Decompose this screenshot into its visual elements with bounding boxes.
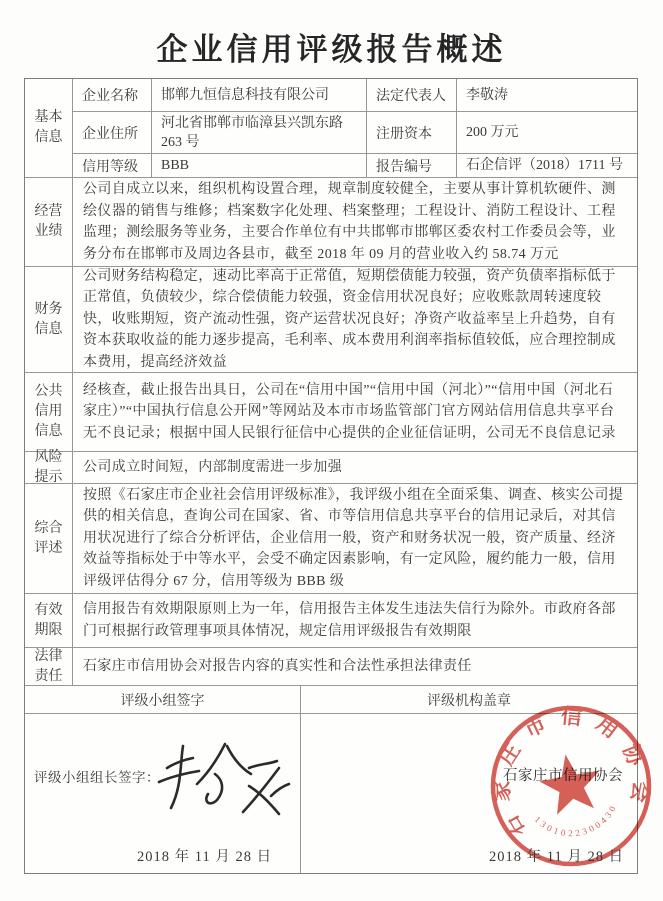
section-text: 信用报告有效期限原则上为一年，信用报告主体发生违法失信行为除外。市政府各部门可根… — [83, 599, 627, 642]
field-value-report-no: 石企信评（2018）1711 号 — [456, 154, 637, 177]
section-label: 风险提示 — [25, 452, 72, 483]
field-label-credit-grade: 信用等级 — [73, 154, 151, 177]
signature-area-row: 评级小组组长签字： 2018 年 11 月 — [25, 713, 637, 873]
section-risk-warning: 风险提示 公司成立时间短，内部制度需进一步加强 — [25, 451, 637, 483]
section-label: 财务信息 — [25, 267, 72, 372]
report-page: 企业信用评级报告概述 基本信息 企业名称 邯郸九恒信息科技有限公司 法定代表人 … — [0, 0, 663, 901]
field-label-address: 企业住所 — [73, 112, 151, 153]
field-label-legal-rep: 法定代表人 — [366, 79, 456, 111]
section-text: 石家庄市信用协会对报告内容的真实性和合法性承担法律责任 — [83, 656, 472, 678]
section-label: 公共信用信息 — [25, 373, 72, 451]
field-value-address: 河北省邯郸市临漳县兴凯东路263 号 — [151, 112, 366, 153]
field-value-legal-rep: 李敬涛 — [456, 79, 637, 111]
signature-cell: 评级小组组长签字： 2018 年 11 月 — [25, 714, 300, 873]
page-title: 企业信用评级报告概述 — [0, 24, 663, 69]
section-financial-info: 财务信息 公司财务结构稳定，速动比率高于正常值，短期偿债能力较强，资产负债率指标… — [25, 266, 637, 372]
table-row: 企业名称 邯郸九恒信息科技有限公司 法定代表人 李敬涛 — [73, 79, 637, 111]
section-label: 法律责任 — [25, 648, 72, 685]
section-public-credit-info: 公共信用信息 经核查，截止报告出具日，公司在“信用中国”“信用中国（河北）”“信… — [25, 372, 637, 451]
left-date: 2018 年 11 月 28 日 — [137, 845, 272, 866]
field-label-capital: 注册资本 — [366, 112, 456, 153]
field-label-report-no: 报告编号 — [366, 154, 456, 177]
section-label-basic: 基本信息 — [25, 79, 72, 177]
section-text: 公司成立时间短，内部制度需进一步加强 — [83, 457, 342, 479]
section-basic-info: 基本信息 企业名称 邯郸九恒信息科技有限公司 法定代表人 李敬涛 企业住所 河北… — [25, 79, 637, 177]
section-label: 有效期限 — [25, 594, 72, 647]
report-table: 基本信息 企业名称 邯郸九恒信息科技有限公司 法定代表人 李敬涛 企业住所 河北… — [24, 78, 638, 874]
field-value-company-name: 邯郸九恒信息科技有限公司 — [151, 79, 366, 111]
section-text: 按照《石家庄市企业社会信用评级标准》，我评级小组在全面采集、调查、核实公司提供的… — [83, 485, 627, 593]
right-date: 2018 年 11 月 28 日 — [489, 845, 624, 866]
field-label-company-name: 企业名称 — [73, 79, 151, 111]
leader-signature-label: 评级小组组长签字： — [34, 766, 160, 786]
star-icon — [536, 749, 606, 817]
stamp-code: 1301022300430 — [532, 800, 624, 845]
svg-text:1301022300430: 1301022300430 — [532, 800, 624, 845]
table-row: 企业住所 河北省邯郸市临漳县兴凯东路263 号 注册资本 200 万元 — [73, 111, 637, 153]
stamp-cell: 石家庄市信用协会 石家庄市信用协会 1301022300430 — [300, 714, 637, 873]
section-business-performance: 经营业绩 公司自成立以来，组织机构设置合理，规章制度较健全，主要从事计算机软硬件… — [25, 177, 637, 266]
section-legal-liability: 法律责任 石家庄市信用协会对报告内容的真实性和合法性承担法律责任 — [25, 647, 637, 685]
section-text: 公司财务结构稳定，速动比率高于正常值，短期偿债能力较强，资产负债率指标低于正常值… — [83, 267, 627, 372]
section-text: 公司自成立以来，组织机构设置合理，规章制度较健全，主要从事计算机软硬件、测绘仪器… — [83, 179, 627, 265]
handwritten-signature — [153, 734, 293, 829]
section-text: 经核查，截止报告出具日，公司在“信用中国”“信用中国（河北）”“信用中国（河北石… — [83, 380, 627, 445]
section-label: 综合评述 — [25, 484, 72, 593]
field-value-capital: 200 万元 — [456, 112, 637, 153]
section-overall-review: 综合评述 按照《石家庄市企业社会信用评级标准》，我评级小组在全面采集、调查、核实… — [25, 483, 637, 593]
section-validity-period: 有效期限 信用报告有效期限原则上为一年，信用报告主体发生违法失信行为除外。市政府… — [25, 593, 637, 647]
table-row: 信用等级 BBB 报告编号 石企信评（2018）1711 号 — [73, 153, 637, 177]
field-value-credit-grade: BBB — [151, 154, 366, 177]
signature-header-left: 评级小组签字 — [25, 686, 300, 713]
section-label: 经营业绩 — [25, 178, 72, 266]
